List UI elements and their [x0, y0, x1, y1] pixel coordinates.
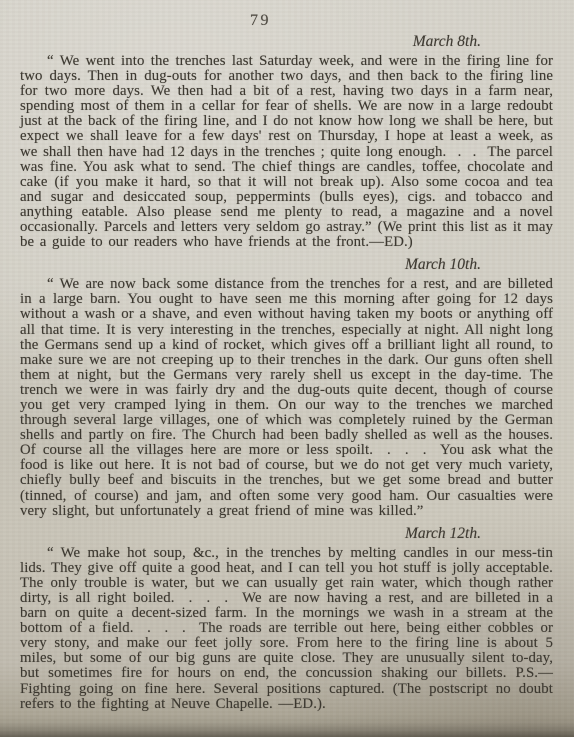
journal-entry-march-8: March 8th. “ We went into the trenches l… — [20, 33, 553, 250]
entry-date-heading: March 8th. — [20, 33, 481, 51]
page-number: 79 — [0, 12, 527, 30]
journal-entry-march-10: March 10th. “ We are now back some dista… — [20, 256, 553, 519]
journal-entry-march-12: March 12th. “ We make hot soup, &c., in … — [20, 525, 553, 712]
entry-date-heading: March 12th. — [20, 525, 481, 543]
entry-paragraph: “ We went into the trenches last Saturda… — [20, 54, 553, 250]
page-content: 79 March 8th. “ We went into the trenche… — [20, 10, 553, 712]
scanned-book-page: 79 March 8th. “ We went into the trenche… — [0, 0, 574, 737]
entry-paragraph: “ We are now back some distance from the… — [20, 277, 553, 519]
scan-bottom-shadow — [0, 723, 574, 737]
entry-date-heading: March 10th. — [20, 256, 481, 274]
entry-paragraph: “ We make hot soup, &c., in the trenches… — [20, 546, 553, 712]
